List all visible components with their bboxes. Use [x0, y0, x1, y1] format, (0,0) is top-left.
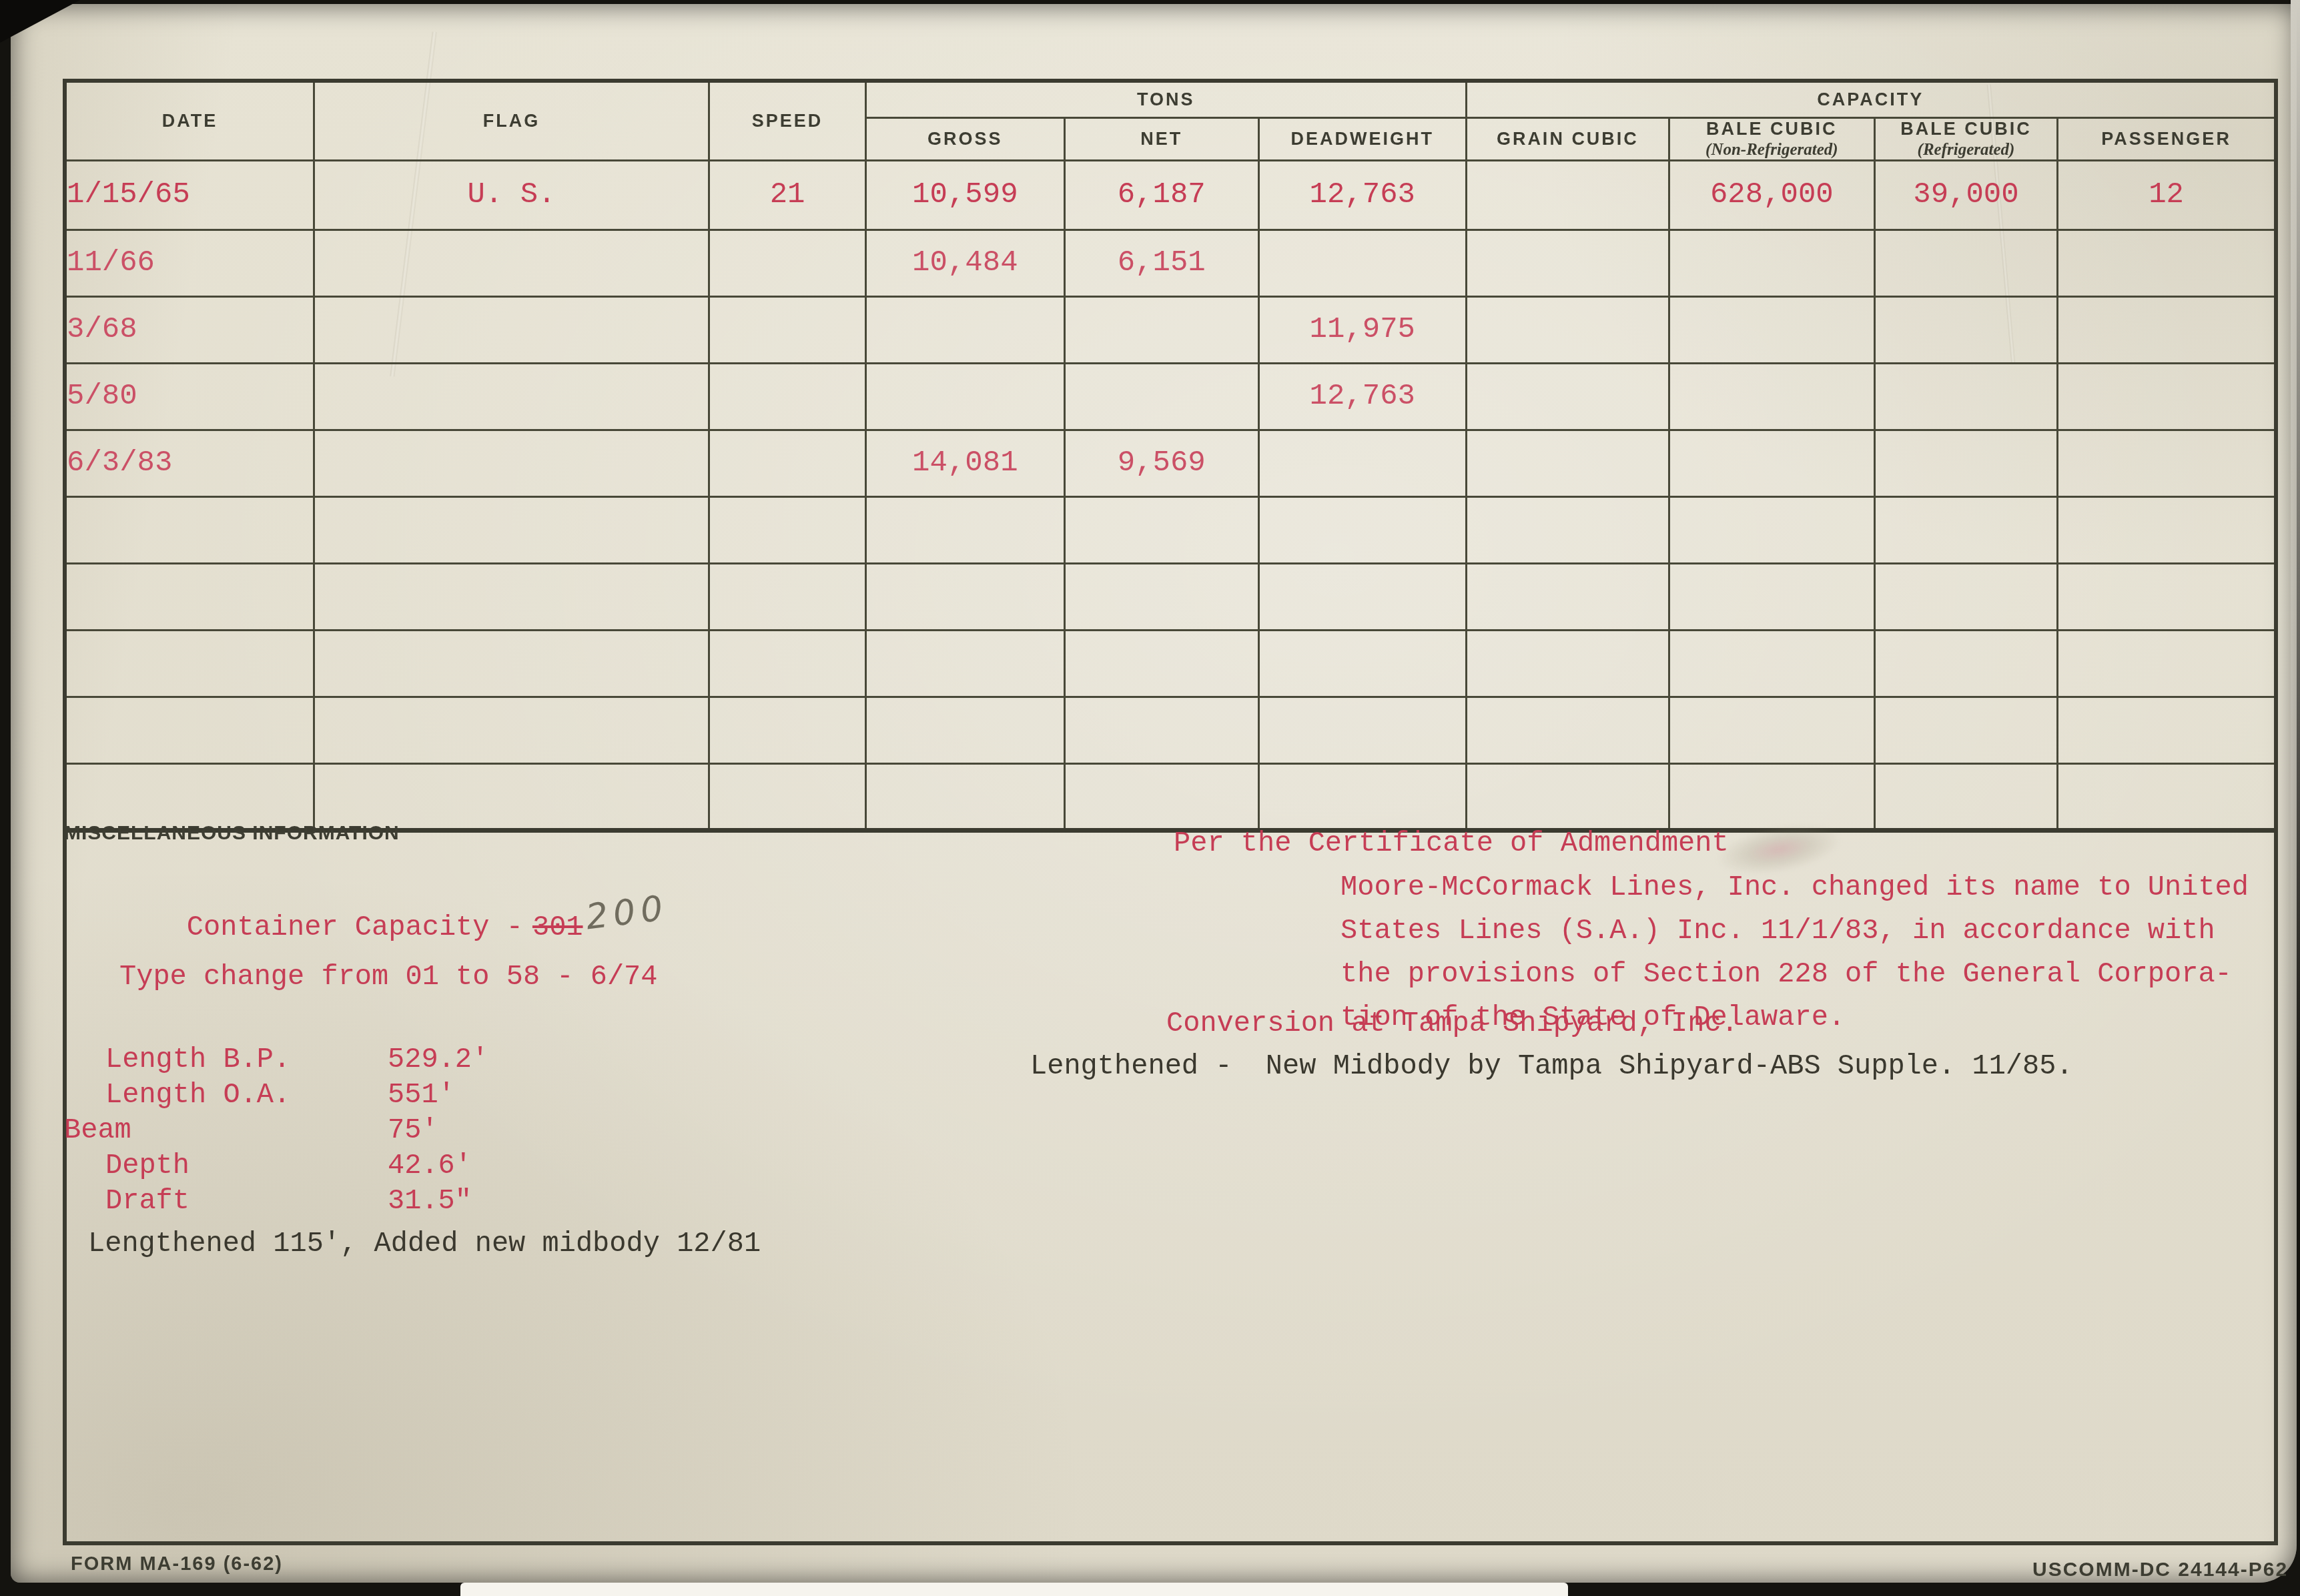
table-cell-bale_nonref	[1669, 230, 1875, 296]
container-capacity-label: Container Capacity -	[187, 911, 523, 943]
table-cell-date	[67, 763, 314, 830]
table-cell-gross	[865, 697, 1064, 763]
table-row	[67, 496, 2274, 563]
table-cell-deadweight: 12,763	[1258, 160, 1466, 230]
column-header-speed: SPEED	[709, 83, 866, 160]
table-cell-passenger	[2058, 230, 2274, 296]
table-cell-deadweight	[1258, 763, 1466, 830]
table-cell-flag	[314, 296, 709, 363]
group-header-tons: TONS	[865, 83, 1466, 117]
table-cell-deadweight: 12,763	[1258, 363, 1466, 430]
column-header-sublabel: (Non-Refrigerated)	[1670, 141, 1874, 159]
table-cell-grain_cubic	[1466, 496, 1669, 563]
dimension-value: 31.5"	[388, 1184, 472, 1219]
table-cell-bale_nonref	[1669, 496, 1875, 563]
table-row	[67, 697, 2274, 763]
table-cell-gross	[865, 296, 1064, 363]
table-cell-grain_cubic	[1466, 363, 1669, 430]
table-cell-passenger	[2058, 630, 2274, 697]
table-cell-net	[1064, 763, 1258, 830]
table-cell-bale_nonref	[1669, 563, 1875, 630]
table-row: 1/15/65U. S.2110,5996,18712,763628,00039…	[67, 160, 2274, 230]
table-cell-flag: U. S.	[314, 160, 709, 230]
dimension-row: Length B.P.529.2'	[64, 1042, 488, 1078]
certificate-amendment-heading: Per the Certificate of Admendment	[1174, 827, 1729, 859]
dimension-label: Depth	[64, 1148, 388, 1184]
table-cell-net: 9,569	[1064, 430, 1258, 496]
table-cell-passenger	[2058, 430, 2274, 496]
conversion-note: Conversion at Tampa Shipyard, Inc.	[1166, 1008, 1738, 1040]
table-cell-grain_cubic	[1466, 160, 1669, 230]
footer-form-number: FORM MA-169 (6-62)	[71, 1553, 283, 1575]
table-cell-gross	[865, 763, 1064, 830]
table-cell-date	[67, 630, 314, 697]
table-cell-net	[1064, 296, 1258, 363]
table-cell-flag	[314, 496, 709, 563]
table-cell-flag	[314, 697, 709, 763]
table-cell-gross: 14,081	[865, 430, 1064, 496]
table-cell-date	[67, 496, 314, 563]
table-cell-grain_cubic	[1466, 230, 1669, 296]
table-cell-bale_nonref: 628,000	[1669, 160, 1875, 230]
column-header-bale-cubic-nonref: BALE CUBIC (Non-Refrigerated)	[1669, 117, 1875, 160]
table-cell-bale_ref	[1874, 230, 2058, 296]
table-cell-flag	[314, 230, 709, 296]
container-capacity-struck-value: 301	[532, 911, 583, 943]
column-header-deadweight: DEADWEIGHT	[1258, 117, 1466, 160]
lengthened-note-right: Lengthened - New Midbody by Tampa Shipya…	[1030, 1050, 2073, 1082]
dimension-value: 551'	[388, 1078, 455, 1113]
table-cell-passenger	[2058, 763, 2274, 830]
table-cell-passenger	[2058, 296, 2274, 363]
table-cell-passenger	[2058, 563, 2274, 630]
table-cell-bale_ref	[1874, 563, 2058, 630]
dimension-label: Length O.A.	[64, 1078, 388, 1113]
dimension-row: Length O.A.551'	[64, 1078, 488, 1113]
table-cell-bale_ref	[1874, 763, 2058, 830]
table-cell-date: 3/68	[67, 296, 314, 363]
dimension-label: Draft	[64, 1184, 388, 1219]
table-cell-flag	[314, 630, 709, 697]
table-cell-speed	[709, 230, 866, 296]
dimension-value: 42.6'	[388, 1148, 472, 1184]
table-row: 3/6811,975	[67, 296, 2274, 363]
table-cell-bale_nonref	[1669, 430, 1875, 496]
certificate-body-line: States Lines (S.A.) Inc. 11/1/83, in acc…	[1340, 909, 2249, 953]
table-cell-gross	[865, 630, 1064, 697]
table-cell-deadweight	[1258, 496, 1466, 563]
table-cell-grain_cubic	[1466, 630, 1669, 697]
column-header-gross: GROSS	[865, 117, 1064, 160]
form-border-box: DATE FLAG SPEED TONS CAPACITY GROSS NET …	[63, 79, 2278, 1545]
table-cell-bale_nonref	[1669, 763, 1875, 830]
table-cell-speed	[709, 630, 866, 697]
table-cell-gross: 10,484	[865, 230, 1064, 296]
table-cell-bale_ref	[1874, 296, 2058, 363]
table-cell-speed	[709, 430, 866, 496]
table-cell-bale_ref	[1874, 496, 2058, 563]
table-cell-flag	[314, 430, 709, 496]
table-cell-date: 5/80	[67, 363, 314, 430]
dimension-value: 75'	[388, 1113, 438, 1148]
container-capacity-line: Container Capacity -301200	[119, 871, 669, 975]
certificate-body-line: the provisions of Section 228 of the Gen…	[1340, 953, 2249, 996]
table-cell-bale_ref: 39,000	[1874, 160, 2058, 230]
dimension-row: Draft31.5"	[64, 1184, 488, 1219]
table-cell-gross: 10,599	[865, 160, 1064, 230]
table-cell-bale_ref	[1874, 697, 2058, 763]
table-cell-passenger	[2058, 496, 2274, 563]
scanner-bed-strip	[460, 1583, 1568, 1596]
column-header-label: BALE CUBIC	[1670, 119, 1874, 139]
table-cell-date: 1/15/65	[67, 160, 314, 230]
table-row: 5/8012,763	[67, 363, 2274, 430]
table-cell-passenger	[2058, 363, 2274, 430]
table-cell-date	[67, 697, 314, 763]
table-cell-bale_ref	[1874, 430, 2058, 496]
lengthened-note-left: Lengthened 115', Added new midbody 12/81	[88, 1228, 761, 1260]
table-cell-grain_cubic	[1466, 763, 1669, 830]
table-cell-net	[1064, 630, 1258, 697]
table-cell-speed	[709, 697, 866, 763]
column-header-net: NET	[1064, 117, 1258, 160]
table-row: 6/3/8314,0819,569	[67, 430, 2274, 496]
table-cell-gross	[865, 563, 1064, 630]
footer-print-code: USCOMM-DC 24144-P62	[2032, 1559, 2288, 1581]
table-row	[67, 763, 2274, 830]
table-cell-speed	[709, 296, 866, 363]
scanned-paper: DATE FLAG SPEED TONS CAPACITY GROSS NET …	[11, 4, 2297, 1583]
column-header-flag: FLAG	[314, 83, 709, 160]
table-cell-grain_cubic	[1466, 430, 1669, 496]
table-cell-bale_nonref	[1669, 296, 1875, 363]
dimensions-list: Length B.P.529.2'Length O.A.551'Beam75'D…	[64, 1042, 488, 1219]
dimension-row: Beam75'	[64, 1113, 488, 1148]
column-header-bale-cubic-ref: BALE CUBIC (Refrigerated)	[1874, 117, 2058, 160]
table-cell-passenger	[2058, 697, 2274, 763]
table-cell-deadweight: 11,975	[1258, 296, 1466, 363]
table-cell-bale_nonref	[1669, 697, 1875, 763]
column-header-passenger: PASSENGER	[2058, 117, 2274, 160]
scanner-edge-highlight	[2291, 0, 2300, 1117]
table-cell-net	[1064, 363, 1258, 430]
type-change-line: Type change from 01 to 58 - 6/74	[119, 961, 658, 993]
column-header-grain-cubic: GRAIN CUBIC	[1466, 117, 1669, 160]
table-cell-net	[1064, 563, 1258, 630]
dimension-row: Depth42.6'	[64, 1148, 488, 1184]
misc-information-header: MISCELLANEOUS INFORMATION	[64, 822, 400, 845]
container-capacity-handwritten-value: 200	[583, 888, 670, 938]
table-cell-flag	[314, 563, 709, 630]
group-header-capacity: CAPACITY	[1466, 83, 2274, 117]
table-cell-bale_nonref	[1669, 630, 1875, 697]
column-header-label: BALE CUBIC	[1876, 119, 2057, 139]
table-cell-deadweight	[1258, 430, 1466, 496]
table-cell-bale_ref	[1874, 630, 2058, 697]
table-row: 11/6610,4846,151	[67, 230, 2274, 296]
table-cell-speed: 21	[709, 160, 866, 230]
table-cell-grain_cubic	[1466, 697, 1669, 763]
table-cell-net: 6,151	[1064, 230, 1258, 296]
table-cell-grain_cubic	[1466, 563, 1669, 630]
table-cell-bale_nonref	[1669, 363, 1875, 430]
table-cell-speed	[709, 496, 866, 563]
table-row	[67, 563, 2274, 630]
certificate-body-line: Moore-McCormack Lines, Inc. changed its …	[1340, 866, 2249, 909]
table-cell-net: 6,187	[1064, 160, 1258, 230]
table-cell-date: 6/3/83	[67, 430, 314, 496]
table-cell-speed	[709, 763, 866, 830]
table-cell-gross	[865, 363, 1064, 430]
table-row	[67, 630, 2274, 697]
column-header-sublabel: (Refrigerated)	[1876, 141, 2057, 159]
table-cell-speed	[709, 363, 866, 430]
dimension-value: 529.2'	[388, 1042, 488, 1078]
dimension-label: Beam	[64, 1113, 388, 1148]
table-cell-flag	[314, 363, 709, 430]
table-cell-deadweight	[1258, 630, 1466, 697]
vessel-record-table: DATE FLAG SPEED TONS CAPACITY GROSS NET …	[67, 83, 2274, 833]
table-cell-deadweight	[1258, 697, 1466, 763]
dimension-label: Length B.P.	[64, 1042, 388, 1078]
table-cell-net	[1064, 697, 1258, 763]
table-cell-speed	[709, 563, 866, 630]
table-cell-deadweight	[1258, 563, 1466, 630]
table-cell-bale_ref	[1874, 363, 2058, 430]
table-cell-passenger: 12	[2058, 160, 2274, 230]
table-cell-deadweight	[1258, 230, 1466, 296]
table-cell-flag	[314, 763, 709, 830]
table-cell-date: 11/66	[67, 230, 314, 296]
column-header-date: DATE	[67, 83, 314, 160]
table-cell-date	[67, 563, 314, 630]
table-cell-grain_cubic	[1466, 296, 1669, 363]
table-cell-net	[1064, 496, 1258, 563]
table-cell-gross	[865, 496, 1064, 563]
